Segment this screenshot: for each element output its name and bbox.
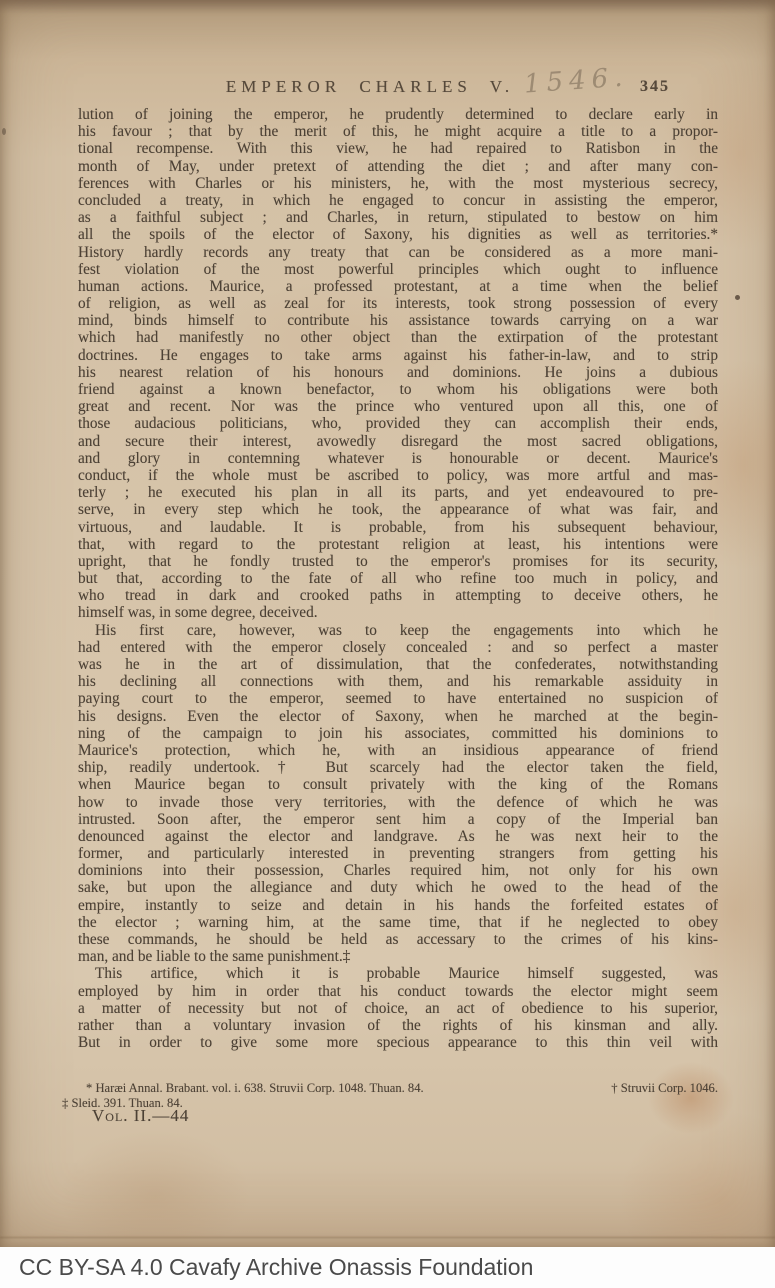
text-line: that, with regard to the protestant reli… (78, 536, 718, 553)
text-line: all the spoils of the elector of Saxony,… (78, 226, 718, 243)
text-line: sake, but upon the allegiance and duty w… (78, 879, 718, 896)
text-line: and glory in contemning whatever is hono… (78, 450, 718, 467)
text-line: a matter of necessity but not of choice,… (78, 1000, 718, 1017)
text-line: month of May, under pretext of attending… (78, 158, 718, 175)
text-line: human actions. Maurice, a professed prot… (78, 278, 718, 295)
text-line: when Maurice began to consult privately … (78, 776, 718, 793)
text-line: mind, binds himself to contribute his as… (78, 312, 718, 329)
page-number: 345 (640, 78, 670, 96)
text-line: But in order to give some more specious … (78, 1034, 718, 1051)
text-line: lution of joining the emperor, he pruden… (78, 106, 718, 123)
text-line: upright, that he fondly trusted to the e… (78, 553, 718, 570)
text-line: fest violation of the most powerful prin… (78, 261, 718, 278)
text-line: great and recent. Nor was the prince who… (78, 398, 718, 415)
text-line: History hardly records any treaty that c… (78, 244, 718, 261)
text-line: the elector ; warning him, at the same t… (78, 914, 718, 931)
text-line: friend against a known benefactor, to wh… (78, 381, 718, 398)
text-line: employed by him in order that his conduc… (78, 983, 718, 1000)
footnote-text: † Struvii Corp. 1046. (611, 1081, 718, 1096)
text-line: those audacious politicians, who, provid… (78, 415, 718, 432)
text-line: paying court to the emperor, seemed to h… (78, 690, 718, 707)
text-line: Maurice's protection, which he, with an … (78, 742, 718, 759)
running-head: EMPEROR CHARLES V. (180, 77, 560, 97)
text-line: conduct, if the whole must be ascribed t… (78, 467, 718, 484)
text-line: ning of the campaign to join his associa… (78, 725, 718, 742)
text-line: ferences with Charles or his ministers, … (78, 175, 718, 192)
text-line: virtuous, and laudable. It is probable, … (78, 519, 718, 536)
text-line: doctrines. He engages to take arms again… (78, 347, 718, 364)
text-line: as a faithful subject ; and Charles, in … (78, 209, 718, 226)
page-content: EMPEROR CHARLES V. 1546. 345 lution of j… (0, 0, 775, 1247)
text-line: had entered with the emperor closely con… (78, 639, 718, 656)
text-line: man, and be liable to the same punishmen… (78, 948, 718, 965)
text-line: was he in the art of dissimulation, that… (78, 656, 718, 673)
text-line: his nearest relation of his honours and … (78, 364, 718, 381)
text-line: who tread in dark and crooked paths in a… (78, 587, 718, 604)
text-line: former, and particularly interested in p… (78, 845, 718, 862)
text-line: His first care, however, was to keep the… (78, 622, 718, 639)
license-text: CC BY-SA 4.0 Cavafy Archive Onassis Foun… (19, 1254, 533, 1281)
text-line: ship, readily undertook.† But scarcely h… (78, 759, 718, 776)
handwritten-year-annotation: 1546. (523, 62, 629, 99)
text-line: terly ; he executed his plan in all its … (78, 484, 718, 501)
text-line: these commands, he should be held as acc… (78, 931, 718, 948)
text-line: empire, instantly to seize and detain in… (78, 897, 718, 914)
text-line: which had manifestly no other object tha… (78, 329, 718, 346)
volume-signature: Vol. II.—44 (92, 1106, 189, 1126)
text-line: denounced against the elector and landgr… (78, 828, 718, 845)
scanned-book-page: EMPEROR CHARLES V. 1546. 345 lution of j… (0, 0, 775, 1288)
text-line: but that, according to the fate of all w… (78, 570, 718, 587)
license-bar: CC BY-SA 4.0 Cavafy Archive Onassis Foun… (0, 1247, 775, 1288)
text-line: intrusted. Soon after, the emperor sent … (78, 811, 718, 828)
text-line: how to invade those very territories, wi… (78, 794, 718, 811)
text-line: of religion, as well as zeal for its int… (78, 295, 718, 312)
body-text: lution of joining the emperor, he pruden… (78, 106, 718, 1051)
text-line: his favour ; that by the merit of this, … (78, 123, 718, 140)
text-line: This artifice, which it is probable Maur… (78, 965, 718, 982)
text-line: his designs. Even the elector of Saxony,… (78, 708, 718, 725)
text-line: concluded a treaty, in which he engaged … (78, 192, 718, 209)
footnote-text: * Haræi Annal. Brabant. vol. i. 638. Str… (62, 1081, 424, 1096)
text-line: serve, in every step which he took, the … (78, 501, 718, 518)
text-line: tional recompense. With this view, he ha… (78, 140, 718, 157)
text-line: rather than a voluntary invasion of the … (78, 1017, 718, 1034)
text-line: himself was, in some degree, deceived. (78, 604, 718, 621)
text-line: and secure their interest, avowedly disr… (78, 433, 718, 450)
text-line: his declining all connections with them,… (78, 673, 718, 690)
text-line: dominions into their possession, Charles… (78, 862, 718, 879)
footnote-line: * Haræi Annal. Brabant. vol. i. 638. Str… (62, 1081, 718, 1096)
